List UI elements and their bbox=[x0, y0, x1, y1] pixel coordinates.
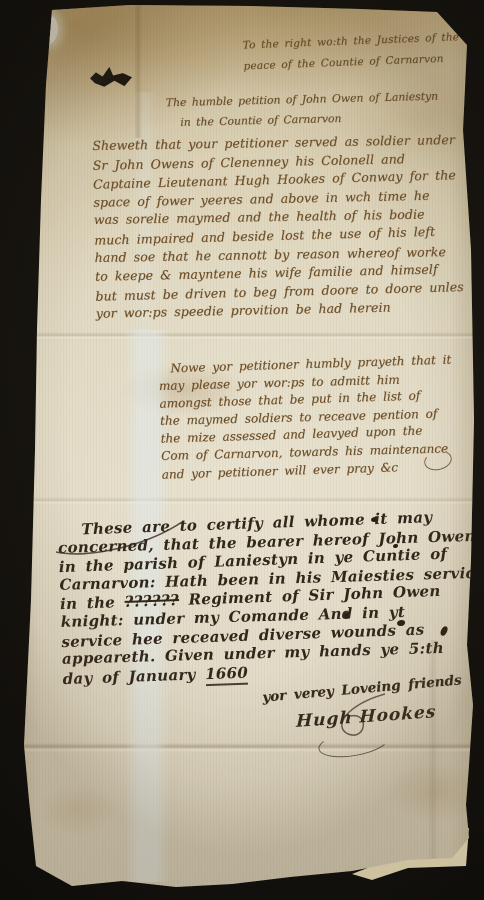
fold-crease-horizontal-1 bbox=[24, 332, 474, 339]
certificate-year: 1660 bbox=[205, 663, 249, 685]
struck-word: ?????? bbox=[124, 591, 179, 611]
petition-prayer: Nowe yor petitioner humbly prayeth that … bbox=[158, 351, 462, 484]
manuscript-paper: To the right wo:th the Justices of the p… bbox=[0, 0, 484, 900]
certificate-date-prefix: day of January bbox=[62, 665, 205, 688]
certificate: These are to certify all whome it may co… bbox=[57, 507, 473, 689]
paper-abrasion-spot bbox=[38, 14, 58, 44]
paper-hole bbox=[90, 64, 132, 88]
petition-heading: The humble petition of John Owen of Lani… bbox=[166, 87, 432, 133]
photograph-background: To the right wo:th the Justices of the p… bbox=[0, 0, 484, 900]
fold-crease-horizontal-3 bbox=[22, 743, 477, 752]
petition-body: Sheweth that your petitioner served as s… bbox=[92, 130, 456, 323]
fold-crease-horizontal-2 bbox=[24, 497, 474, 504]
address-block: To the right wo:th the Justices of the p… bbox=[242, 27, 478, 78]
valediction-flourish bbox=[330, 690, 390, 740]
